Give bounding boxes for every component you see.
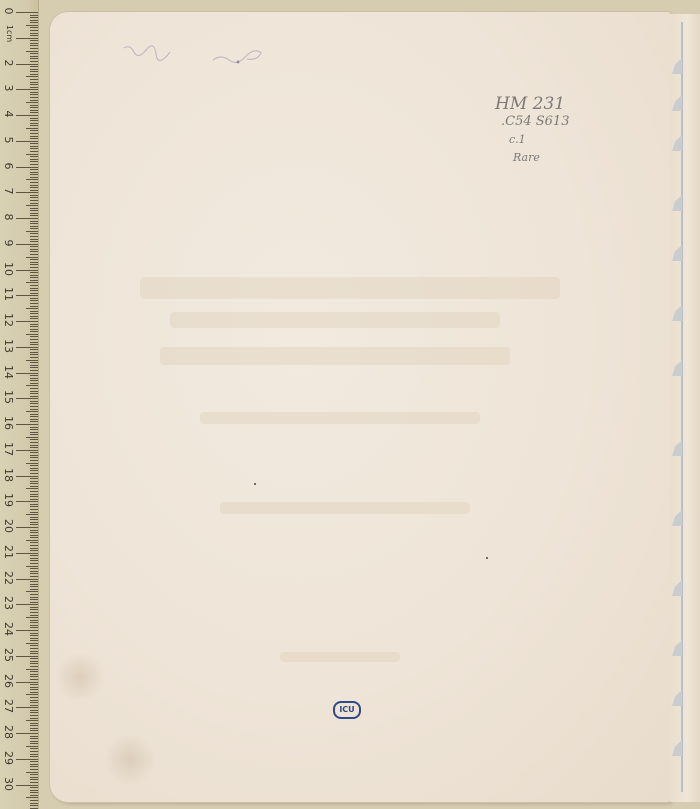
ruler-number: 20 — [2, 519, 14, 533]
ruler-tick — [30, 439, 38, 440]
ruler-tick — [26, 102, 38, 103]
ruler-tick — [16, 89, 38, 90]
ruler-tick — [30, 620, 38, 621]
ruler-tick — [26, 591, 38, 592]
ruler-tick — [30, 130, 38, 131]
ruler-tick — [30, 143, 38, 144]
ruler-tick — [26, 25, 38, 26]
ruler-tick — [30, 378, 38, 379]
ruler-tick — [30, 663, 38, 664]
ruler-number: 17 — [2, 442, 14, 456]
ruler-number: 6 — [2, 159, 14, 173]
ruler-tick — [30, 48, 38, 49]
ruler-tick — [30, 563, 38, 564]
ruler-tick — [30, 112, 38, 113]
ruler-tick — [26, 334, 38, 335]
ruler-tick — [30, 689, 38, 690]
ruler-tick — [30, 148, 38, 149]
ruler-tick — [26, 179, 38, 180]
ruler-tick — [30, 177, 38, 178]
ruler-number: 25 — [2, 648, 14, 662]
ruler-tick — [30, 805, 38, 806]
ruler-tick — [30, 473, 38, 474]
ruler-number: 2 — [2, 56, 14, 70]
ruler-number: 13 — [2, 339, 14, 353]
ruler-tick — [26, 617, 38, 618]
ruler-tick — [30, 267, 38, 268]
ruler-tick — [30, 318, 38, 319]
ruler-tick — [30, 761, 38, 762]
ruler-tick — [30, 66, 38, 67]
paper-speck — [254, 483, 256, 485]
ruler-tick — [16, 785, 38, 786]
ruler-tick — [30, 774, 38, 775]
ruler-tick — [16, 167, 38, 168]
ruler-tick — [30, 710, 38, 711]
ruler-tick — [30, 280, 38, 281]
ruler-tick — [30, 414, 38, 415]
ruler-tick — [30, 568, 38, 569]
ruler-tick — [30, 354, 38, 355]
ruler-tick — [30, 692, 38, 693]
ruler-tick — [30, 651, 38, 652]
ruler-tick — [26, 488, 38, 489]
ruler-tick — [30, 517, 38, 518]
ruler-tick — [26, 411, 38, 412]
ruler-number: 14 — [2, 365, 14, 379]
ruler-tick — [30, 27, 38, 28]
ruler-tick — [30, 138, 38, 139]
ruler-tick — [30, 58, 38, 59]
ruler-tick — [30, 483, 38, 484]
ruler-tick — [30, 635, 38, 636]
ruler-tick — [30, 522, 38, 523]
ruler-tick — [16, 347, 38, 348]
ruler-tick — [30, 748, 38, 749]
ruler-number: 19 — [2, 493, 14, 507]
ruler-tick — [30, 661, 38, 662]
ruler-tick — [30, 380, 38, 381]
ruler-tick — [30, 674, 38, 675]
ruler-tick — [30, 607, 38, 608]
ruler-number: 24 — [2, 622, 14, 636]
library-stamp: ICU — [333, 701, 361, 719]
ruler-tick — [30, 221, 38, 222]
ruler-tick — [30, 790, 38, 791]
ruler-tick — [16, 295, 38, 296]
ruler-number: 27 — [2, 699, 14, 713]
call-number-line: HM 231 — [495, 95, 569, 113]
ruler-tick — [30, 92, 38, 93]
ruler-tick — [30, 326, 38, 327]
ruler-tick — [30, 22, 38, 23]
ruler-tick — [30, 537, 38, 538]
ruler-tick — [30, 210, 38, 211]
ruler-tick — [26, 76, 38, 77]
ruler-tick — [30, 542, 38, 543]
ruler-tick — [30, 512, 38, 513]
ruler-number: 5 — [2, 133, 14, 147]
ruler-tick — [30, 370, 38, 371]
ruler-tick — [16, 553, 38, 554]
ruler-tick — [30, 293, 38, 294]
ruler-tick — [30, 777, 38, 778]
ruler-tick — [26, 231, 38, 232]
ruler-tick — [30, 478, 38, 479]
ruler-tick — [30, 120, 38, 121]
ruler-tick — [30, 344, 38, 345]
ruler-tick — [30, 491, 38, 492]
ruler-tick — [30, 702, 38, 703]
ruler-tick — [30, 594, 38, 595]
ruler-tick — [16, 141, 38, 142]
ruler-tick — [30, 125, 38, 126]
ruler-tick — [30, 792, 38, 793]
ruler-tick — [26, 643, 38, 644]
ruler-tick — [16, 527, 38, 528]
ruler-tick — [30, 548, 38, 549]
ruler-tick — [30, 375, 38, 376]
ruler-tick — [30, 352, 38, 353]
ruler-tick — [26, 514, 38, 515]
ruler-tick — [30, 460, 38, 461]
ruler-number: 29 — [2, 751, 14, 765]
ruler-tick — [26, 669, 38, 670]
ruler-tick — [30, 406, 38, 407]
ruler-tick — [30, 558, 38, 559]
ruler-number: 8 — [2, 210, 14, 224]
ruler-tick — [30, 584, 38, 585]
ruler-tick — [30, 35, 38, 36]
ruler-tick — [30, 687, 38, 688]
ruler-tick — [30, 736, 38, 737]
ruler-number: 0 — [2, 4, 14, 18]
ruler-tick — [30, 589, 38, 590]
ruler-tick — [30, 764, 38, 765]
ruler-tick — [26, 154, 38, 155]
ruler-tick — [30, 427, 38, 428]
show-through-line — [220, 502, 470, 514]
ruler-tick — [30, 303, 38, 304]
ruler-tick — [30, 97, 38, 98]
ruler-tick — [26, 282, 38, 283]
ruler-tick — [30, 751, 38, 752]
ruler-tick — [30, 401, 38, 402]
ruler-number: 22 — [2, 571, 14, 585]
ruler-tick — [30, 56, 38, 57]
ruler-tick — [30, 403, 38, 404]
ruler-tick — [30, 226, 38, 227]
ruler-tick — [16, 270, 38, 271]
ruler-tick — [30, 203, 38, 204]
ruler-tick — [30, 800, 38, 801]
ruler-tick — [30, 262, 38, 263]
ruler-tick — [16, 38, 38, 39]
ruler-number: 30 — [2, 777, 14, 791]
ruler-tick — [30, 161, 38, 162]
ruler-tick — [30, 174, 38, 175]
ruler-tick — [30, 362, 38, 363]
ruler-tick — [30, 658, 38, 659]
ruler-tick — [30, 357, 38, 358]
ruler-tick — [30, 324, 38, 325]
ruler-tick — [30, 494, 38, 495]
ruler-number: 18 — [2, 468, 14, 482]
ruler-number: 4 — [2, 107, 14, 121]
ruler-tick — [30, 290, 38, 291]
ruler-tick — [30, 429, 38, 430]
ruler-tick — [30, 509, 38, 510]
ruler-tick — [26, 385, 38, 386]
ruler-tick — [16, 501, 38, 502]
ruler-number: 11 — [2, 287, 14, 301]
ruler-tick — [26, 772, 38, 773]
ruler-number: 3 — [2, 81, 14, 95]
ruler-tick — [30, 586, 38, 587]
ruler-tick — [30, 254, 38, 255]
ruler-tick — [30, 249, 38, 250]
ruler-tick — [30, 239, 38, 240]
ruler-tick — [30, 164, 38, 165]
ruler-tick — [30, 470, 38, 471]
ruler-tick — [26, 566, 38, 567]
ruler-tick — [30, 738, 38, 739]
ruler-tick — [30, 185, 38, 186]
ruler-tick — [30, 40, 38, 41]
ruler-tick — [26, 51, 38, 52]
ruler-tick — [30, 79, 38, 80]
ruler-tick — [26, 746, 38, 747]
ruler-tick — [16, 476, 38, 477]
ruler-tick — [30, 311, 38, 312]
show-through-line — [200, 412, 480, 424]
ruler-tick — [16, 192, 38, 193]
ruler-tick — [30, 228, 38, 229]
page-stain — [105, 732, 155, 787]
ruler-tick — [30, 136, 38, 137]
ruler-number: 12 — [2, 313, 14, 327]
paper-speck — [486, 557, 488, 559]
ruler-tick — [30, 156, 38, 157]
rare-label-line: Rare — [495, 149, 569, 167]
ruler-tick — [30, 465, 38, 466]
ruler-tick — [30, 208, 38, 209]
ruler-tick — [30, 331, 38, 332]
ruler-tick — [30, 530, 38, 531]
ruler-tick — [30, 679, 38, 680]
ruler-tick — [30, 769, 38, 770]
ruler-tick — [30, 573, 38, 574]
ruler-tick — [30, 576, 38, 577]
ruler-tick — [26, 257, 38, 258]
ruler-tick — [30, 555, 38, 556]
ruler-tick — [30, 712, 38, 713]
ruler-tick — [30, 560, 38, 561]
ruler-tick — [30, 705, 38, 706]
ruler-tick — [30, 627, 38, 628]
ruler-tick — [30, 782, 38, 783]
binding-strip — [670, 14, 700, 802]
ruler-tick — [30, 169, 38, 170]
ruler-tick — [26, 308, 38, 309]
ruler-tick — [30, 251, 38, 252]
ruler-tick — [30, 393, 38, 394]
call-number-annotation: HM 231 .C54 S613 c.1 Rare — [495, 95, 569, 167]
ruler-tick — [30, 388, 38, 389]
ruler-tick — [30, 336, 38, 337]
ruler-tick — [30, 391, 38, 392]
ruler-tick — [30, 728, 38, 729]
ruler-tick — [30, 272, 38, 273]
ruler-tick — [30, 645, 38, 646]
ruler-tick — [30, 306, 38, 307]
ruler-tick — [30, 259, 38, 260]
ruler-tick — [30, 87, 38, 88]
ruler-tick — [30, 236, 38, 237]
ruler-tick — [30, 432, 38, 433]
ruler-tick — [16, 604, 38, 605]
ruler-tick — [30, 45, 38, 46]
ruler-tick — [30, 599, 38, 600]
ruler-tick — [16, 707, 38, 708]
show-through-subtitle-line — [170, 312, 500, 328]
ruler-tick — [30, 638, 38, 639]
ruler-tick — [30, 349, 38, 350]
ruler-tick — [30, 741, 38, 742]
call-number-line: .C54 S613 — [495, 113, 569, 131]
ruler-tick — [30, 213, 38, 214]
ruler-tick — [30, 329, 38, 330]
ruler-tick — [30, 666, 38, 667]
ruler-tick — [16, 450, 38, 451]
ruler-tick — [30, 486, 38, 487]
ruler-tick — [16, 373, 38, 374]
ruler-tick — [30, 339, 38, 340]
signature-scribble-icon — [118, 40, 278, 70]
ruler-tick — [30, 633, 38, 634]
ruler-tick — [30, 277, 38, 278]
ruler-tick — [30, 545, 38, 546]
ruler-tick — [30, 94, 38, 95]
ruler-tick — [30, 715, 38, 716]
ruler-tick — [16, 218, 38, 219]
ruler-tick — [30, 671, 38, 672]
ruler-tick — [30, 725, 38, 726]
ruler-tick — [30, 107, 38, 108]
ruler-tick — [30, 71, 38, 72]
ruler-tick — [30, 100, 38, 101]
ruler-tick — [30, 496, 38, 497]
ruler-tick — [30, 447, 38, 448]
ruler-tick — [30, 457, 38, 458]
ruler-tick — [16, 630, 38, 631]
ruler-number: 21 — [2, 545, 14, 559]
ruler-tick — [30, 684, 38, 685]
ruler-tick — [26, 437, 38, 438]
ruler-tick — [26, 797, 38, 798]
ruler-number: 9 — [2, 236, 14, 250]
ruler-tick — [30, 718, 38, 719]
ruler-tick — [30, 442, 38, 443]
ruler-tick — [30, 241, 38, 242]
show-through-line — [160, 347, 510, 365]
ruler-tick — [30, 730, 38, 731]
ruler-tick — [30, 416, 38, 417]
ruler-tick — [30, 151, 38, 152]
ruler-tick — [26, 463, 38, 464]
ruler-tick — [30, 756, 38, 757]
ruler-tick — [16, 12, 38, 13]
ruler-tick — [30, 182, 38, 183]
ruler-tick — [26, 694, 38, 695]
ruler-tick — [30, 779, 38, 780]
ruler-tick — [30, 597, 38, 598]
ruler-tick — [30, 648, 38, 649]
ruler-tick — [30, 787, 38, 788]
ruler-tick — [30, 233, 38, 234]
ruler-tick — [30, 197, 38, 198]
ruler-tick — [30, 342, 38, 343]
ruler-tick — [30, 246, 38, 247]
ruler-tick — [30, 524, 38, 525]
ruler-tick — [16, 64, 38, 65]
ruler-tick — [30, 419, 38, 420]
ruler-tick — [30, 535, 38, 536]
ruler-tick — [30, 61, 38, 62]
ruler-tick — [30, 697, 38, 698]
ruler-tick — [30, 133, 38, 134]
ruler-tick — [30, 795, 38, 796]
ruler-tick — [30, 200, 38, 201]
ruler-tick — [30, 519, 38, 520]
ruler-number: 28 — [2, 725, 14, 739]
ruler-tick — [16, 733, 38, 734]
ruler-tick — [30, 110, 38, 111]
ruler-tick — [30, 506, 38, 507]
ruler-tick — [30, 105, 38, 106]
ruler-tick — [30, 455, 38, 456]
ruler-tick — [30, 82, 38, 83]
ruler-tick — [30, 17, 38, 18]
ruler-tick — [30, 313, 38, 314]
ruler-tick — [30, 367, 38, 368]
ruler-tick — [30, 33, 38, 34]
ruler-tick — [30, 195, 38, 196]
ruler-number: 7 — [2, 184, 14, 198]
ruler-tick — [30, 53, 38, 54]
ruler-tick — [16, 398, 38, 399]
ruler-tick — [30, 69, 38, 70]
ruler-tick — [30, 653, 38, 654]
ruler-tick — [30, 754, 38, 755]
ruler-tick — [30, 766, 38, 767]
ruler-tick — [30, 123, 38, 124]
ruler-tick — [30, 803, 38, 804]
ruler-tick — [30, 581, 38, 582]
ruler-tick — [30, 264, 38, 265]
ruler-unit-label: 1cm — [5, 25, 14, 42]
ruler-tick — [30, 30, 38, 31]
ruler-tick — [16, 759, 38, 760]
ruler-tick — [30, 504, 38, 505]
ruler-tick — [16, 115, 38, 116]
copy-number-line: c.1 — [495, 131, 569, 149]
ruler-tick — [30, 84, 38, 85]
ruler-tick — [30, 571, 38, 572]
ruler-tick — [30, 223, 38, 224]
ruler-tick — [30, 409, 38, 410]
ruler-tick — [30, 215, 38, 216]
